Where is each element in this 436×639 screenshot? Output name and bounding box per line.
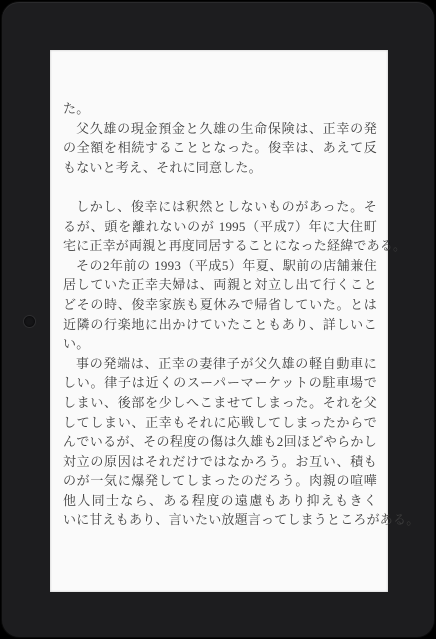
text-line: い。 (63, 334, 377, 354)
text-line: るが、頭を離れないのが 1995（平成7）年に大住町の大型二世帯住 (63, 217, 377, 237)
outer-background: た。父久雄の現金預金と久雄の生命保険は、正幸の発案で、母喜恵がその全額を相続する… (0, 0, 436, 639)
text-line: のが一気に爆発してしまったのだろう。肉親の喧嘩は抑えがきかない。 (63, 471, 377, 491)
ereader-screen[interactable]: た。父久雄の現金預金と久雄の生命保険は、正幸の発案で、母喜恵がその全額を相続する… (50, 50, 388, 592)
text-line: どその時、俊幸家族も夏休みで帰省していた。とは言え、俊幸家族は (63, 295, 377, 315)
text-line: 他人同士なら、ある程度の遠慮もあり抑えもきくが、肉親の場合は互 (63, 491, 377, 511)
text-line: の全額を相続することとなった。俊幸は、あえて反対するほどのこと (63, 138, 377, 158)
text-line: しまい、後部を少しへこませてしまった。それを父久雄が怒鳴り散ら (63, 393, 377, 413)
device-frame: た。父久雄の現金預金と久雄の生命保険は、正幸の発案で、母喜恵がその全額を相続する… (2, 2, 434, 637)
text-line: 事の発端は、正幸の妻律子が父久雄の軽自動車に傷をつけたことら (63, 354, 377, 374)
front-camera-dot (23, 315, 36, 328)
text-line: いに甘えもあり、言いたい放題言ってしまうところがある。 (63, 510, 377, 530)
text-line: んでいるが、その程度の傷は久雄も2回ほどやらかしている。しかし、 (63, 432, 377, 452)
page-text: た。父久雄の現金預金と久雄の生命保険は、正幸の発案で、母喜恵がその全額を相続する… (63, 99, 377, 530)
text-line: た。 (63, 99, 377, 119)
text-line: 近隣の行楽地に出かけていたこともあり、詳しいことはよくわからな (63, 315, 377, 335)
text-line: 対立の原因はそれだけではなかろう。お互い、積もり積もっていたも (63, 452, 377, 472)
text-line: その2年前の 1993（平成5）年夏、駅前の店舗兼住宅に両親と同 (63, 256, 377, 276)
text-line: 宅に正幸が両親と再度同居することになった経緯である。 (63, 236, 377, 256)
text-line: もないと考え、それに同意した。 (63, 158, 377, 178)
text-line: 父久雄の現金預金と久雄の生命保険は、正幸の発案で、母喜恵がそ (63, 119, 377, 139)
text-line: しい。律子は近くのスーパーマーケットの駐車場で柵に車をぶつけて (63, 373, 377, 393)
text-line: しかし、俊幸には釈然としないものがあった。それにはいくつかあ (63, 197, 377, 217)
text-line: してしまい、正幸もそれに応戦してしまったからである。確かにへこ (63, 413, 377, 433)
text-line: 居していた正幸夫婦は、両親と対立し出て行くことになった。ちょう (63, 275, 377, 295)
text-line (63, 177, 377, 197)
